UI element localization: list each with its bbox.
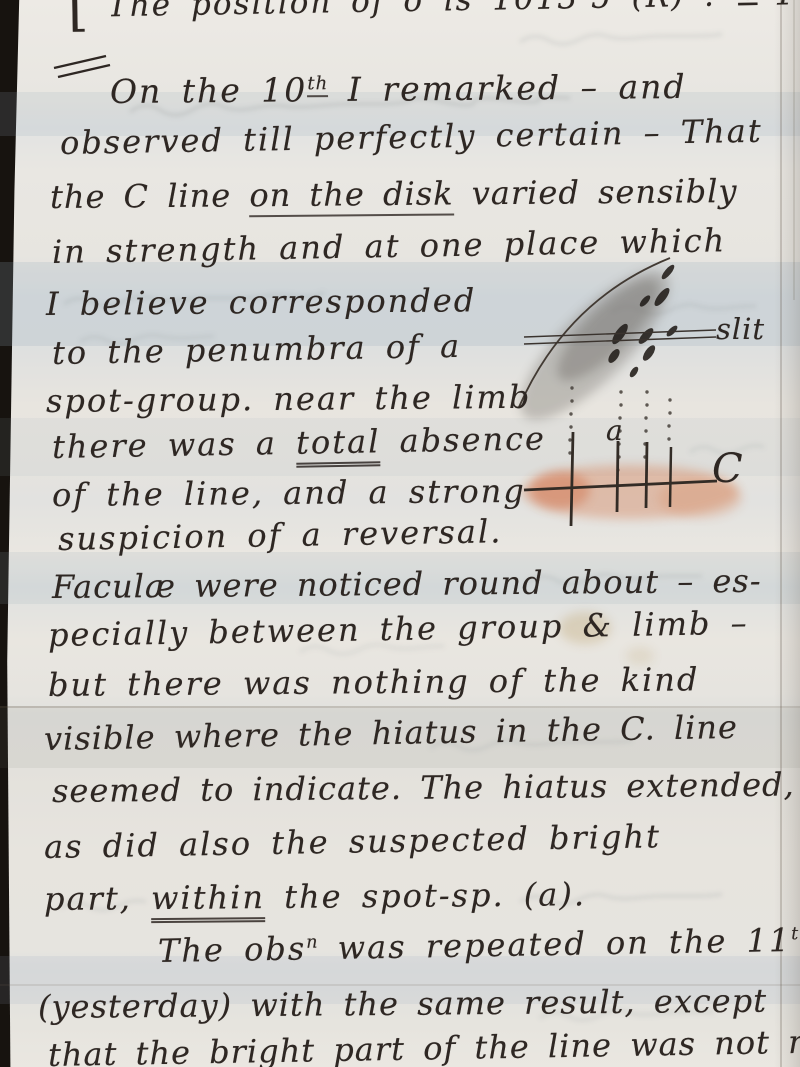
manuscript-line: Faculæ were noticed round about – es- [52, 562, 762, 606]
manuscript-line: On the 10th I remarked – and [110, 67, 687, 111]
c-line-label: C [712, 446, 743, 492]
slit-label: slit [716, 312, 765, 346]
line-a-label: a [606, 414, 623, 447]
manuscript-line: (yesterday) with the same result, except [38, 982, 767, 1026]
manuscript-line: of the line, and a strong [52, 472, 526, 514]
manuscript-line: part, within the spot-sp. (a). [44, 875, 586, 918]
manuscript-photo: [ The position of δ is 1013·5 (R) . ±·1 … [0, 0, 800, 1067]
manuscript-line: but there was nothing of the kind [48, 660, 700, 704]
manuscript-line: seemed to indicate. The hiatus extended, [52, 766, 795, 810]
manuscript-line: the C line on the disk varied sensibly [50, 172, 738, 216]
manuscript-line: I believe corresponded [46, 281, 477, 323]
manuscript-line: to the penumbra of a [52, 327, 462, 372]
manuscript-line: spot-group. near the limb [46, 378, 532, 420]
manuscript-line: suspicion of a reversal. [58, 512, 503, 558]
